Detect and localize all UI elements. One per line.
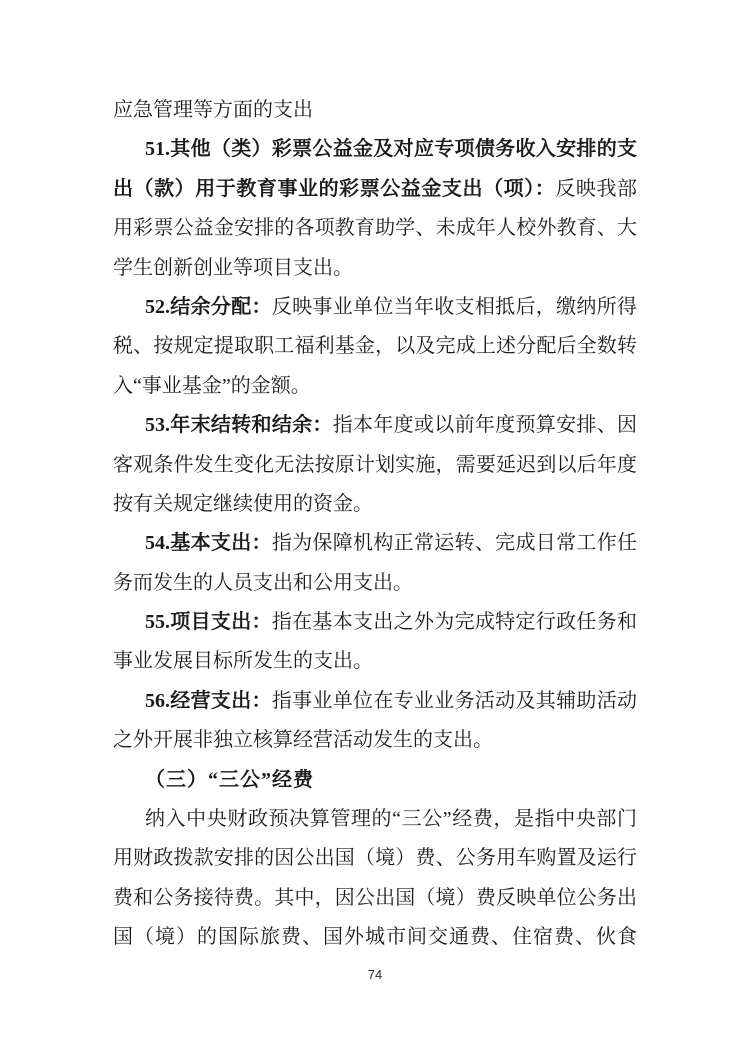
document-page: 应急管理等方面的支出51.其他（类）彩票公益金及对应专项债务收入安排的支出（款）… <box>0 0 750 1060</box>
text-line: 国（境）的国际旅费、国外城市间交通费、住宿费、伙食费、 <box>113 918 637 957</box>
term-label: 55.项目支出： <box>145 611 272 633</box>
term-label: 56.经营支出： <box>145 690 272 712</box>
text-line: 事业发展目标所发生的支出。 <box>113 642 637 681</box>
text-segment: 反映我部 <box>555 178 637 200</box>
text-line: 纳入中央财政预决算管理的“三公”经费，是指中央部门 <box>113 800 637 839</box>
term-label: 53.年末结转和结余： <box>145 414 333 436</box>
text-line: 52.结余分配：反映事业单位当年收支相抵后，缴纳所得 <box>113 288 637 327</box>
text-line: 税、按规定提取职工福利基金，以及完成上述分配后全数转 <box>113 327 637 366</box>
text-line: 用财政拨款安排的因公出国（境）费、公务用车购置及运行 <box>113 839 637 878</box>
paragraph-body-continuation: 应急管理等方面的支出 <box>113 91 637 130</box>
text-segment: 用彩票公益金安排的各项教育助学、未成年人校外教育、大 <box>113 217 637 239</box>
text-line: 学生创新创业等项目支出。 <box>113 249 637 288</box>
text-segment: 按有关规定继续使用的资金。 <box>113 493 373 515</box>
text-line: 客观条件发生变化无法按原计划实施，需要延迟到以后年度 <box>113 446 637 485</box>
term-label: 54.基本支出： <box>145 532 272 554</box>
text-line: 53.年末结转和结余：指本年度或以前年度预算安排、因 <box>113 406 637 445</box>
term-label: （三）“三公”经费 <box>145 769 314 791</box>
paragraph-body: 纳入中央财政预决算管理的“三公”经费，是指中央部门用财政拨款安排的因公出国（境）… <box>113 800 637 958</box>
text-segment: 纳入中央财政预决算管理的“三公”经费，是指中央部门 <box>145 808 637 830</box>
text-line: 出（款）用于教育事业的彩票公益金支出（项）：反映我部 <box>113 170 637 209</box>
text-line: 务而发生的人员支出和公用支出。 <box>113 564 637 603</box>
text-segment: 事业发展目标所发生的支出。 <box>113 650 373 672</box>
text-line: 用彩票公益金安排的各项教育助学、未成年人校外教育、大 <box>113 209 637 248</box>
text-segment: 用财政拨款安排的因公出国（境）费、公务用车购置及运行 <box>113 847 637 869</box>
text-line: 54.基本支出：指为保障机构正常运转、完成日常工作任 <box>113 524 637 563</box>
text-segment: 反映事业单位当年收支相抵后，缴纳所得 <box>272 296 637 318</box>
paragraph-term-52: 52.结余分配：反映事业单位当年收支相抵后，缴纳所得税、按规定提取职工福利基金，… <box>113 288 637 406</box>
paragraph-term-53: 53.年末结转和结余：指本年度或以前年度预算安排、因客观条件发生变化无法按原计划… <box>113 406 637 524</box>
paragraph-term-51: 51.其他（类）彩票公益金及对应专项债务收入安排的支出（款）用于教育事业的彩票公… <box>113 130 637 288</box>
text-line: 入“事业基金”的金额。 <box>113 367 637 406</box>
paragraph-section-heading: （三）“三公”经费 <box>113 761 637 800</box>
section-heading-line: （三）“三公”经费 <box>113 761 637 800</box>
term-label: 52.结余分配： <box>145 296 272 318</box>
text-block: 应急管理等方面的支出51.其他（类）彩票公益金及对应专项债务收入安排的支出（款）… <box>113 91 637 958</box>
text-segment: 指在基本支出之外为完成特定行政任务和 <box>272 611 637 633</box>
text-line: 56.经营支出：指事业单位在专业业务活动及其辅助活动 <box>113 682 637 721</box>
text-segment: 入“事业基金”的金额。 <box>113 375 311 397</box>
term-label: 出（款）用于教育事业的彩票公益金支出（项）： <box>113 178 555 200</box>
text-segment: 客观条件发生变化无法按原计划实施，需要延迟到以后年度 <box>113 454 637 476</box>
text-segment: 务而发生的人员支出和公用支出。 <box>113 572 413 594</box>
text-segment: 指事业单位在专业业务活动及其辅助活动 <box>272 690 637 712</box>
text-line: 费和公务接待费。其中，因公出国（境）费反映单位公务出 <box>113 879 637 918</box>
paragraph-term-54: 54.基本支出：指为保障机构正常运转、完成日常工作任务而发生的人员支出和公用支出… <box>113 524 637 603</box>
text-segment: 国（境）的国际旅费、国外城市间交通费、住宿费、伙食费、 <box>113 926 637 957</box>
text-segment: 学生创新创业等项目支出。 <box>113 257 353 279</box>
page-number: 74 <box>0 967 750 982</box>
text-line: 之外开展非独立核算经营活动发生的支出。 <box>113 721 637 760</box>
text-segment: 应急管理等方面的支出 <box>113 99 313 121</box>
text-segment: 税、按规定提取职工福利基金，以及完成上述分配后全数转 <box>113 335 637 357</box>
paragraph-term-56: 56.经营支出：指事业单位在专业业务活动及其辅助活动之外开展非独立核算经营活动发… <box>113 682 637 761</box>
text-segment: 指本年度或以前年度预算安排、因 <box>333 414 637 436</box>
text-segment: 费和公务接待费。其中，因公出国（境）费反映单位公务出 <box>113 887 637 909</box>
text-segment: 之外开展非独立核算经营活动发生的支出。 <box>113 729 493 751</box>
paragraph-term-55: 55.项目支出：指在基本支出之外为完成特定行政任务和事业发展目标所发生的支出。 <box>113 603 637 682</box>
text-line: 55.项目支出：指在基本支出之外为完成特定行政任务和 <box>113 603 637 642</box>
text-line: 按有关规定继续使用的资金。 <box>113 485 637 524</box>
text-segment: 指为保障机构正常运转、完成日常工作任 <box>272 532 637 554</box>
text-line: 51.其他（类）彩票公益金及对应专项债务收入安排的支 <box>113 130 637 169</box>
text-line: 应急管理等方面的支出 <box>113 91 637 130</box>
term-label: 51.其他（类）彩票公益金及对应专项债务收入安排的支 <box>145 138 637 160</box>
